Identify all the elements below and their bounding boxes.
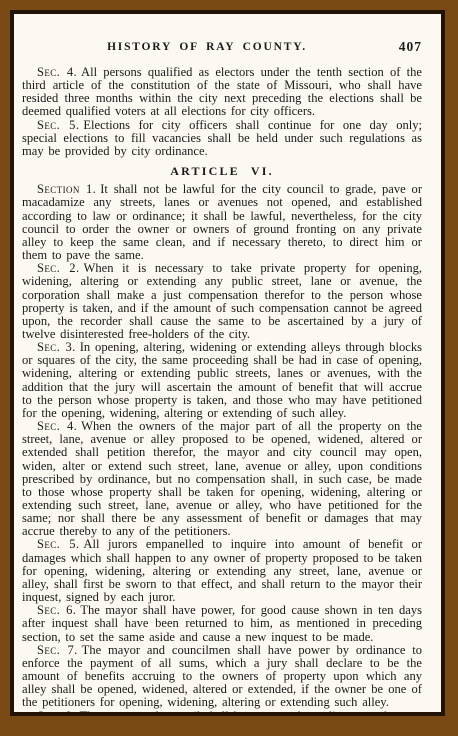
section-label: Sec. 6. <box>37 603 76 617</box>
section-text: The mayor and councilmen shall have powe… <box>22 643 422 710</box>
section-text: The mayor shall have power, for good cau… <box>22 603 422 643</box>
paragraph-art6-sec1: Section 1.It shall not be lawful for the… <box>22 183 422 262</box>
section-label: Sec. 4. <box>37 419 77 433</box>
page-frame: HISTORY OF RAY COUNTY. 407 Sec. 4.All pe… <box>10 10 445 716</box>
page-title: HISTORY OF RAY COUNTY. <box>107 41 307 53</box>
paragraph-art5-sec4: Sec. 4.All persons qualified as electors… <box>22 66 422 119</box>
section-label: Sec. 4. <box>37 65 77 79</box>
section-text: Elections for city officers shall contin… <box>22 118 422 158</box>
page-body: HISTORY OF RAY COUNTY. 407 Sec. 4.All pe… <box>14 14 441 712</box>
section-label: Sec. 8. <box>37 709 76 717</box>
paragraph-art5-sec5: Sec. 5.Elections for city officers shall… <box>22 119 422 158</box>
section-text: The mayor and council shall have power b… <box>80 709 406 717</box>
section-text: All jurors empanelled to inquire into am… <box>22 537 422 604</box>
section-text: In opening, altering, widening or extend… <box>22 340 422 420</box>
page-number: 407 <box>399 39 422 55</box>
paragraph-art6-sec6: Sec. 6.The mayor shall have power, for g… <box>22 604 422 643</box>
section-label: Sec. 5. <box>37 118 79 132</box>
paragraph-art6-sec8: Sec. 8.The mayor and council shall have … <box>22 710 422 717</box>
paragraph-art6-sec7: Sec. 7.The mayor and councilmen shall ha… <box>22 644 422 710</box>
paragraph-art6-sec5: Sec. 5.All jurors empanelled to inquire … <box>22 538 422 604</box>
section-label: Sec. 2. <box>37 261 80 275</box>
section-label: Section 1. <box>37 182 96 196</box>
article-heading: ARTICLE VI. <box>22 165 422 178</box>
section-text: When it is necessary to take private pro… <box>22 261 422 341</box>
document-text: Sec. 4.All persons qualified as electors… <box>22 66 422 716</box>
section-label: Sec. 3. <box>37 340 76 354</box>
section-label: Sec. 5. <box>37 537 79 551</box>
section-text: All persons qualified as electors under … <box>22 65 422 118</box>
scanned-book-page: { "header": { "title": "HISTORY OF RAY C… <box>0 0 458 736</box>
section-label: Sec. 7. <box>37 643 78 657</box>
paragraph-art6-sec3: Sec. 3.In opening, altering, widening or… <box>22 341 422 420</box>
paragraph-art6-sec4: Sec. 4.When the owners of the major part… <box>22 420 422 538</box>
section-text: When the owners of the major part of all… <box>22 419 422 538</box>
running-header: HISTORY OF RAY COUNTY. 407 <box>22 41 422 53</box>
paragraph-art6-sec2: Sec. 2.When it is necessary to take priv… <box>22 262 422 341</box>
